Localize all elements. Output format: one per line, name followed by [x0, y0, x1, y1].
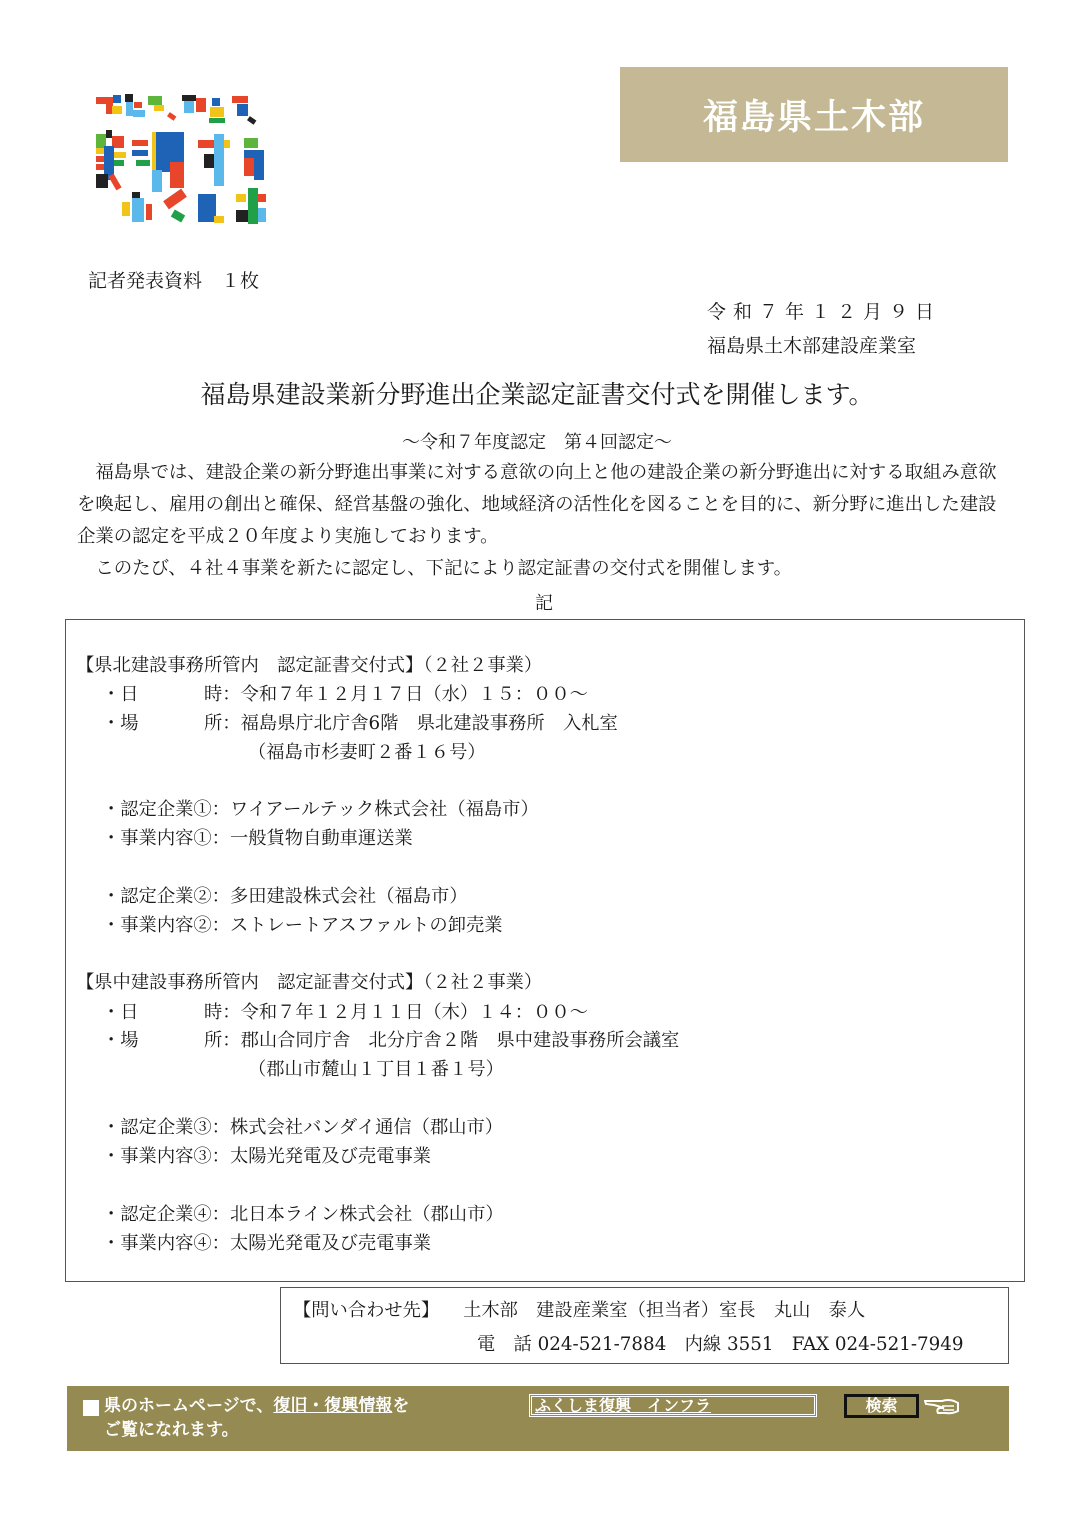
business-row: ・事業内容③：太陽光発電及び売電事業 [102, 1142, 431, 1168]
business-row: ・事業内容④：太陽光発電及び売電事業 [102, 1229, 431, 1255]
place-label: ・場 [102, 709, 139, 735]
section-heading: 【県北建設事務所管内 認定証書交付式】（２社２事業） [76, 651, 542, 677]
business-description: 太陽光発電及び売電事業 [230, 1233, 431, 1254]
place-value: 福島県庁北庁舎6階 県北建設事務所 入札室 [241, 713, 618, 734]
company-name: 株式会社バンダイ通信（郡山市） [230, 1117, 503, 1138]
datetime-value: 令和７年１２月１１日（木）１４：００～ [241, 1002, 588, 1023]
release-date: 令和７年１２月９日 [707, 297, 941, 324]
pointing-hand-icon [924, 1396, 960, 1416]
issuing-office: 福島県土木部建設産業室 [707, 331, 916, 358]
company-row: ・認定企業④：北日本ライン株式会社（郡山市） [102, 1200, 504, 1226]
place-address: （郡山市麓山１丁目１番１号） [248, 1055, 504, 1081]
department-name: 福島県土木部 [703, 90, 925, 140]
datetime-label: ・日 [102, 680, 139, 706]
announcement-paragraph: このたび、４社４事業を新たに認定し、下記により認定証書の交付式を開催します。 [77, 553, 1012, 585]
section-heading: 【県中建設事務所管内 認定証書交付式】（２社２事業） [76, 968, 542, 994]
footer-text: 県のホームページで、復旧・復興情報を ご覧になれます。 [104, 1394, 409, 1442]
fukushima-slogan-logo [92, 90, 302, 235]
document-title: 福島県建設業新分野進出企業認定証書交付式を開催します。 [0, 375, 1074, 411]
datetime-row: 時：令和７年１２月１１日（木）１４：００～ [204, 998, 588, 1024]
contact-info-box: 【問い合わせ先】 土木部 建設産業室（担当者）室長 丸山 泰人 電 話 024-… [280, 1287, 1009, 1364]
press-release-note: 記者発表資料 １枚 [88, 266, 259, 293]
contact-phone: 電 話 024-521-7884 内線 3551 FAX 024-521-794… [477, 1330, 964, 1356]
company-row: ・認定企業①：ワイアールテック株式会社（福島市） [102, 795, 539, 821]
place-value: 郡山合同庁舎 北分庁舎２階 県中建設事務所会議室 [241, 1030, 680, 1051]
contact-label: 【問い合わせ先】 [293, 1300, 439, 1321]
datetime-row: 時：令和７年１２月１７日（水）１５：００～ [204, 680, 588, 706]
department-banner: 福島県土木部 [620, 67, 1008, 162]
ki-marker: 記 [0, 589, 1074, 615]
place-label: ・場 [102, 1026, 139, 1052]
contact-person: 土木部 建設産業室（担当者）室長 丸山 泰人 [463, 1300, 865, 1321]
business-row: ・事業内容①：一般貨物自動車運送業 [102, 824, 413, 850]
ceremony-details-box: 【県北建設事務所管内 認定証書交付式】（２社２事業） ・日 時：令和７年１２月１… [65, 619, 1025, 1282]
homepage-footer-bar: 県のホームページで、復旧・復興情報を ご覧になれます。 ふくしま復興 インフラ … [67, 1386, 1009, 1451]
datetime-value: 令和７年１２月１７日（水）１５：００～ [241, 684, 588, 705]
datetime-label: ・日 [102, 998, 139, 1024]
company-row: ・認定企業②：多田建設株式会社（福島市） [102, 882, 468, 908]
place-address: （福島市杉妻町２番１６号） [248, 738, 486, 764]
company-row: ・認定企業③：株式会社バンダイ通信（郡山市） [102, 1113, 503, 1139]
search-button[interactable]: 検索 [844, 1394, 919, 1418]
place-row: 所：郡山合同庁舎 北分庁舎２階 県中建設事務所会議室 [204, 1026, 679, 1052]
search-keyword-box[interactable]: ふくしま復興 インフラ [529, 1394, 817, 1417]
business-description: 太陽光発電及び売電事業 [230, 1146, 431, 1167]
document-subtitle: ～令和７年度認定 第４回認定～ [0, 428, 1074, 454]
contact-person-row: 【問い合わせ先】 土木部 建設産業室（担当者）室長 丸山 泰人 [293, 1296, 865, 1322]
square-bullet-icon [83, 1400, 99, 1416]
business-row: ・事業内容②：ストレートアスファルトの卸売業 [102, 911, 503, 937]
intro-paragraph: 福島県では、建設企業の新分野進出事業に対する意欲の向上と他の建設企業の新分野進出… [77, 457, 1012, 553]
company-name: 多田建設株式会社（福島市） [230, 886, 468, 907]
business-description: 一般貨物自動車運送業 [230, 828, 413, 849]
recovery-info-link[interactable]: 復旧・復興情報 [273, 1396, 392, 1416]
logo-blocks-icon [92, 90, 302, 235]
place-row: 所：福島県庁北庁舎6階 県北建設事務所 入札室 [204, 709, 618, 735]
company-name: ワイアールテック株式会社（福島市） [230, 799, 539, 820]
company-name: 北日本ライン株式会社（郡山市） [230, 1204, 504, 1225]
business-description: ストレートアスファルトの卸売業 [230, 915, 503, 936]
